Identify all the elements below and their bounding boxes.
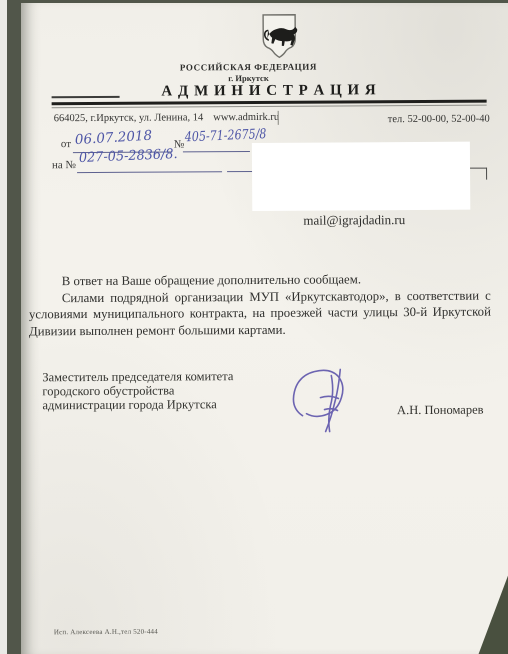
recipient-email: mail@igrajdadin.ru xyxy=(303,212,405,229)
letterhead-phone: тел. 52-00-00, 52-00-40 xyxy=(384,114,490,126)
executor-note: Исп. Алексеева А.Н.,тел 520-444 xyxy=(54,628,158,637)
ref-underline xyxy=(77,171,222,173)
letterhead-website: www.admirk.ru xyxy=(213,112,279,123)
signer-title-line: администрации города Иркутска xyxy=(42,397,292,412)
signer-name: А.Н. Пономарев xyxy=(380,403,483,419)
ref-date-handwritten: 06.07.2018 xyxy=(74,128,152,148)
letter-body: В ответ на Ваше обращение дополнительно … xyxy=(29,271,491,340)
scanned-letter: РОССИЙСКАЯ ФЕДЕРАЦИЯ г. Иркутск А Д М И … xyxy=(0,0,508,654)
letter-content: РОССИЙСКАЯ ФЕДЕРАЦИЯ г. Иркутск А Д М И … xyxy=(0,0,508,654)
irkutsk-coat-of-arms-icon xyxy=(260,13,298,61)
ref-reply-label: на № xyxy=(52,159,76,171)
ref-underline xyxy=(183,151,250,152)
letterhead-address-row: 664025, г.Иркутск, ул. Ленина, 14www.adm… xyxy=(54,112,279,124)
ref-from-label: от xyxy=(61,138,71,150)
letterhead-address: 664025, г.Иркутск, ул. Ленина, 14 xyxy=(54,112,204,124)
signer-title: Заместитель председателя комитета городс… xyxy=(42,370,292,413)
body-paragraph-2: Силами подрядной организации МУП «Иркутс… xyxy=(29,287,491,339)
letterhead-country: РОССИЙСКАЯ ФЕДЕРАЦИЯ xyxy=(138,61,358,72)
handwritten-signature xyxy=(286,365,364,437)
letterhead-organization: А Д М И Н И С Т Р А Ц И Я xyxy=(52,82,487,102)
header-left-rule xyxy=(52,96,120,98)
redacted-recipient-block xyxy=(252,142,470,211)
address-corner-mark xyxy=(470,168,487,180)
address-divider xyxy=(278,111,279,125)
ref-incoming-number-handwritten: 027-05-2836/8. xyxy=(79,146,178,166)
